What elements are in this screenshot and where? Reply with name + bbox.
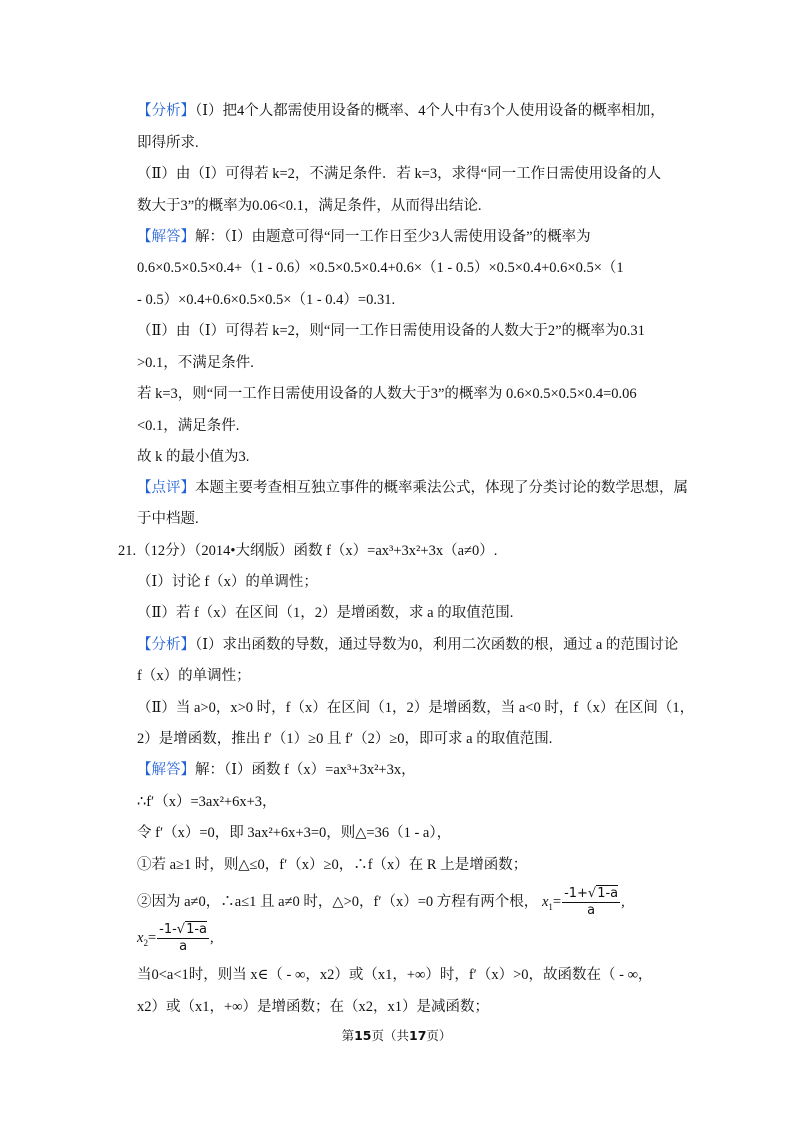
page-number: 15 — [354, 1028, 371, 1043]
solution-2-line-1: 【解答】解：（Ⅰ）函数 f（x）=ax³+3x²+3x， — [137, 760, 416, 780]
comment-1-line-2: 于中档题. — [137, 509, 199, 529]
solution-1-line-5: >0.1，不满足条件. — [137, 353, 254, 373]
analysis-2-line-3: （Ⅱ）当 a>0，x>0 时，f（x）在区间（1，2）是增函数，当 a<0 时，… — [137, 698, 694, 718]
x2-formula: x2=-1-√1-aa, — [137, 930, 214, 946]
analysis-1-line-3: （Ⅱ）由（Ⅰ）可得若 k=2，不满足条件．若 k=3，求得“同一工作日需使用设备… — [137, 164, 661, 184]
page-footer: 第15页（共17页） — [0, 1026, 793, 1044]
analysis-2-line-2: f（x）的单调性； — [137, 666, 251, 686]
solution-2-line-4: ①若 a≥1 时，则△≤0，f′（x）≥0，∴f（x）在 R 上是增函数； — [137, 855, 527, 875]
analysis-1-line-4: 数大于3”的概率为0.06<0.1，满足条件，从而得出结论. — [137, 196, 482, 216]
x1-formula: x1=-1+√1-aa, — [542, 894, 625, 910]
analysis-tag: 【分析】 — [137, 103, 195, 119]
x2-fraction: -1-√1-aa — [157, 922, 209, 955]
comment-1-line-1: 【点评】本题主要考查相互独立事件的概率乘法公式，体现了分类讨论的数学思想，属 — [137, 478, 688, 498]
comment-tag: 【点评】 — [137, 480, 195, 496]
analysis-2-line-4: 2）是增函数，推出 f′（1）≥0 且 f′（2）≥0，即可求 a 的取值范围. — [137, 729, 552, 749]
solution-1-line-1: 【解答】解：（Ⅰ）由题意可得“同一工作日至少3人需使用设备”的概率为 — [137, 227, 591, 247]
solution-tag: 【解答】 — [137, 762, 195, 778]
solution-1-line-6: 若 k=3，则“同一工作日需使用设备的人数大于3”的概率为 0.6×0.5×0.… — [137, 384, 637, 404]
analysis-2-line-1: 【分析】（Ⅰ）求出函数的导数，通过导数为0，利用二次函数的根，通过 a 的范围讨… — [137, 635, 678, 655]
solution-2-line-2: ∴f′（x）=3ax²+6x+3， — [137, 792, 277, 812]
analysis-1-line-1: 【分析】（Ⅰ）把4个人都需使用设备的概率、4个人中有3个人使用设备的概率相加， — [137, 101, 665, 121]
solution-1-line-7: <0.1，满足条件. — [137, 416, 239, 436]
solution-1-line-8: 故 k 的最小值为3. — [137, 447, 249, 467]
document-page: 【分析】（Ⅰ）把4个人都需使用设备的概率、4个人中有3个人使用设备的概率相加， … — [0, 0, 793, 1122]
question-source: （2014•大纲版） — [194, 543, 293, 559]
solution-1-line-2: 0.6×0.5×0.5×0.4+（1 - 0.6）×0.5×0.5×0.4+0.… — [137, 258, 624, 278]
solution-2-line-5: ②因为 a≠0，∴a≤1 且 a≠0 时，△>0，f′（x）=0 方程有两个根，… — [137, 886, 625, 919]
solution-2-line-7: 当0<a<1时，则当 x∈（ - ∞，x2）或（x1，+∞）时，f′（x）>0，… — [137, 965, 652, 985]
solution-tag: 【解答】 — [137, 229, 195, 245]
total-pages: 17 — [409, 1028, 426, 1043]
question-text: 函数 f（x）=ax³+3x²+3x（a≠0）. — [293, 543, 497, 559]
solution-2-line-3: 令 f′（x）=0，即 3ax²+6x+3=0，则△=36（1 - a）， — [137, 823, 451, 843]
question-21-part-2: （Ⅱ）若 f（x）在区间（1，2）是增函数，求 a 的取值范围. — [137, 603, 513, 623]
solution-2-line-8: x2）或（x1，+∞）是增函数；在（x2，x1）是减函数； — [137, 997, 489, 1017]
x1-fraction: -1+√1-aa — [562, 886, 620, 919]
solution-2-line-6: x2=-1-√1-aa, — [137, 922, 214, 955]
question-score: （12分） — [136, 543, 194, 559]
analysis-1-line-2: 即得所求. — [137, 133, 199, 153]
question-21-stem: 21.（12分）（2014•大纲版）函数 f（x）=ax³+3x²+3x（a≠0… — [118, 541, 497, 561]
question-number: 21. — [118, 543, 136, 559]
analysis-tag: 【分析】 — [137, 637, 195, 653]
solution-1-line-3: - 0.5）×0.4+0.6×0.5×0.5×（1 - 0.4）=0.31. — [137, 290, 395, 310]
question-21-part-1: （Ⅰ）讨论 f（x）的单调性； — [137, 572, 318, 592]
solution-1-line-4: （Ⅱ）由（Ⅰ）可得若 k=2，则“同一工作日需使用设备的人数大于2”的概率为0.… — [137, 321, 645, 341]
